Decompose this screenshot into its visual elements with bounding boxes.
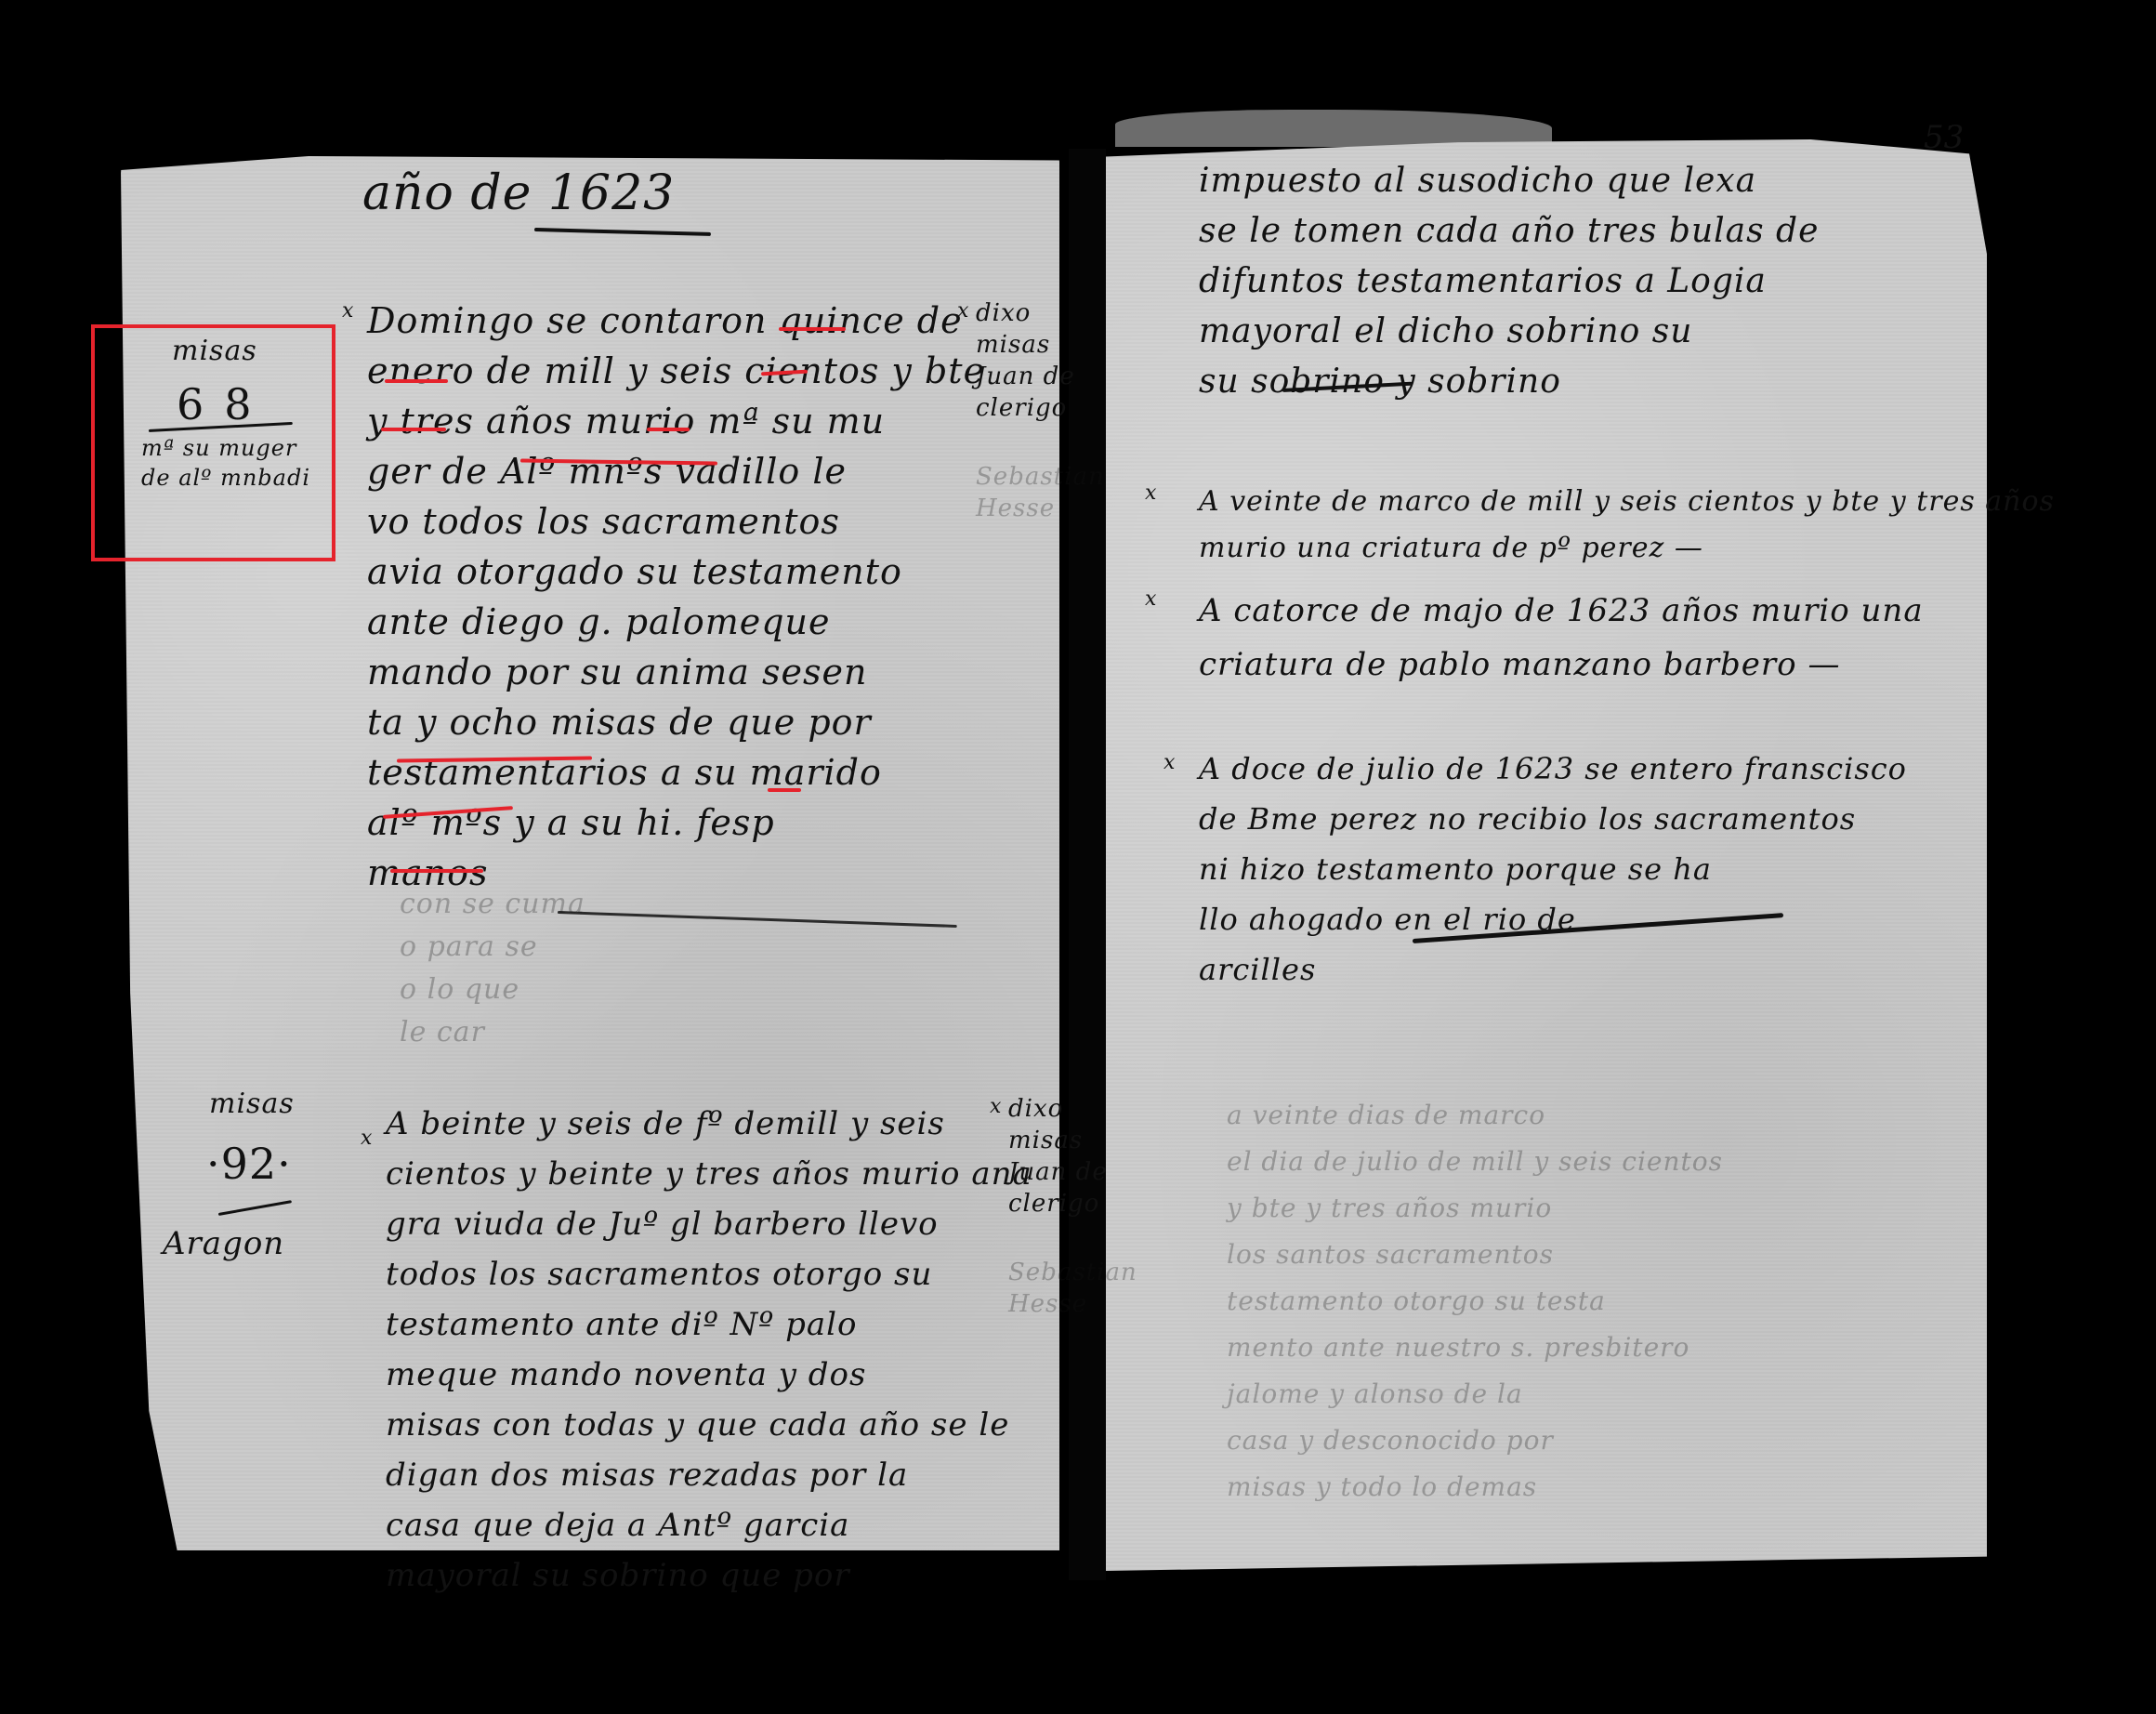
red-underline-fesp [768,788,801,792]
margin-note-line: clerigo [976,392,1105,424]
entry-2-line: casa que deja a Antº garcia [386,1500,1032,1550]
entry-2-margin-mark: x [990,1095,1001,1118]
entry-1-line: alº mºs y a su hi. fesp [367,798,985,848]
entry-3-line: murio una criatura de pº perez — [1199,525,2055,572]
entry-2-line: A beinte y seis de fº demill y seis [386,1099,1032,1149]
entry-5-line: ni hizo testamento porque se ha [1199,844,1907,894]
red-underline-enero [385,379,448,383]
entry-2-line: gra viuda de Juº gl barbero llevo [386,1199,1032,1249]
entry-2-text: A beinte y seis de fº demill y seis cien… [386,1099,1032,1601]
page-number: 53 [1924,119,1964,156]
red-underline-tres [381,428,446,431]
entry-1-margin-note: dixo misas Juan de clerigo Sebastian Hes… [976,297,1105,524]
page-heading: año de 1623 [362,165,675,221]
annotation-masses-count: 68 [177,379,272,429]
annotation-masses-label: misas [172,335,257,367]
margin-note-line: Hesse [1008,1288,1137,1320]
entry-1-line: Domingo se contaron quince de [367,296,985,346]
bleedthrough-line: misas y todo lo demas [1227,1464,1723,1510]
entry-1-text: Domingo se contaron quince de enero de m… [367,296,985,898]
bleedthrough-line: los santos sacramentos [1227,1232,1723,1278]
entry-3-text: A veinte de marco de mill y seis cientos… [1199,479,2055,572]
bleedthrough-line: le car [400,1011,585,1054]
continuation-text: impuesto al susodicho que lexa se le tom… [1199,156,1819,407]
margin-note-line: clerigo [1008,1188,1137,1220]
entry-3-line: A veinte de marco de mill y seis cientos… [1199,479,2055,525]
entry-2-margin-name: Aragon [163,1225,284,1262]
entry-1-margin-mark: x [957,299,968,323]
bleedthrough-line: a veinte dias de marco [1227,1092,1723,1139]
left-bleedthrough: con se cuma o para se o lo que le car [400,883,585,1054]
continuation-line: se le tomen cada año tres bulas de [1199,206,1819,257]
entry-1-mark: x [342,299,353,323]
bleedthrough-line: con se cuma [400,883,585,926]
margin-note-line: misas [1008,1125,1137,1156]
entry-1-line: mando por su anima sesen [367,647,985,697]
right-page-top-flap [1115,110,1552,147]
entry-5-line: llo ahogado en el rio de [1199,894,1907,944]
margin-note-line: Juan de [1008,1156,1137,1188]
bleedthrough-line: o lo que [400,969,585,1011]
entry-1-line: vo todos los sacramentos [367,496,985,547]
margin-note-line: Sebastian [1008,1257,1137,1288]
continuation-line: impuesto al susodicho que lexa [1199,156,1819,206]
right-bleedthrough: a veinte dias de marco el dia de julio d… [1227,1092,1723,1510]
entry-4-line: criatura de pablo manzano barbero — [1199,638,1924,692]
entry-2-margin-note: dixo misas Juan de clerigo Sebastian Hes… [1008,1093,1137,1320]
continuation-line: mayoral el dicho sobrino su [1199,307,1819,357]
continuation-line: difuntos testamentarios a Logia [1199,257,1819,307]
entry-2-line: mayoral su sobrino que por [386,1550,1032,1601]
entry-1-line: ante diego g. palomeque [367,597,985,647]
bleedthrough-line: jalome y alonso de la [1227,1371,1723,1417]
entry-2-line: cientos y beinte y tres años murio ana [386,1149,1032,1199]
entry-5-mark: x [1163,751,1175,774]
entry-5-line: de Bme perez no recibio los sacramentos [1199,794,1907,844]
margin-note-line: misas [976,329,1105,361]
entry-2-masses-count: ·92· [206,1139,292,1189]
entry-2-line: todos los sacramentos otorgo su [386,1249,1032,1299]
entry-1-line: ta y ocho misas de que por [367,697,985,747]
entry-1-line: enero de mill y seis cientos y bte [367,346,985,396]
annotation-name-line-2: de alº mnbadi [141,465,310,491]
annotation-name-line-1: mª su muger [141,435,296,461]
entry-2-line: misas con todas y que cada año se le [386,1400,1032,1450]
entry-4-text: A catorce de majo de 1623 años murio una… [1199,584,1924,692]
entry-3-mark: x [1145,481,1156,505]
entry-4-line: A catorce de majo de 1623 años murio una [1199,584,1924,638]
red-underline-quince [779,327,846,331]
entry-2-line: meque mando noventa y dos [386,1350,1032,1400]
entry-1-line: ger de Alº mnºs vadillo le [367,446,985,496]
entry-2-mark: x [361,1127,372,1150]
margin-note-line: Sebastian [976,461,1105,493]
entry-2-line: testamento ante diº Nº palo [386,1299,1032,1350]
margin-note-line: dixo [1008,1093,1137,1125]
entry-4-mark: x [1145,587,1156,611]
red-underline-maria [647,428,690,431]
margin-note-line: Hesse [976,493,1105,524]
entry-1-line: y tres años murio mª su mu [367,396,985,446]
continuation-line: su sobrino y sobrino [1199,357,1819,407]
bleedthrough-line: testamento otorgo su testa [1227,1278,1723,1325]
entry-2-masses-label: misas [209,1088,295,1120]
margin-note-line: Juan de [976,361,1105,392]
entry-1-line: avia otorgado su testamento [367,547,985,597]
margin-note-line: dixo [976,297,1105,329]
bleedthrough-line: mento ante nuestro s. presbitero [1227,1325,1723,1371]
bleedthrough-line: y bte y tres años murio [1227,1185,1723,1232]
bleedthrough-line: casa y desconocido por [1227,1417,1723,1464]
red-underline-manos [390,869,483,873]
entry-5-text: A doce de julio de 1623 se entero fransc… [1199,744,1907,995]
entry-2-line: digan dos misas rezadas por la [386,1450,1032,1500]
bleedthrough-line: el dia de julio de mill y seis cientos [1227,1139,1723,1185]
entry-1-line: testamentarios a su marido [367,747,985,798]
entry-5-line: arcilles [1199,944,1907,995]
bleedthrough-line: o para se [400,926,585,969]
entry-5-line: A doce de julio de 1623 se entero fransc… [1199,744,1907,794]
